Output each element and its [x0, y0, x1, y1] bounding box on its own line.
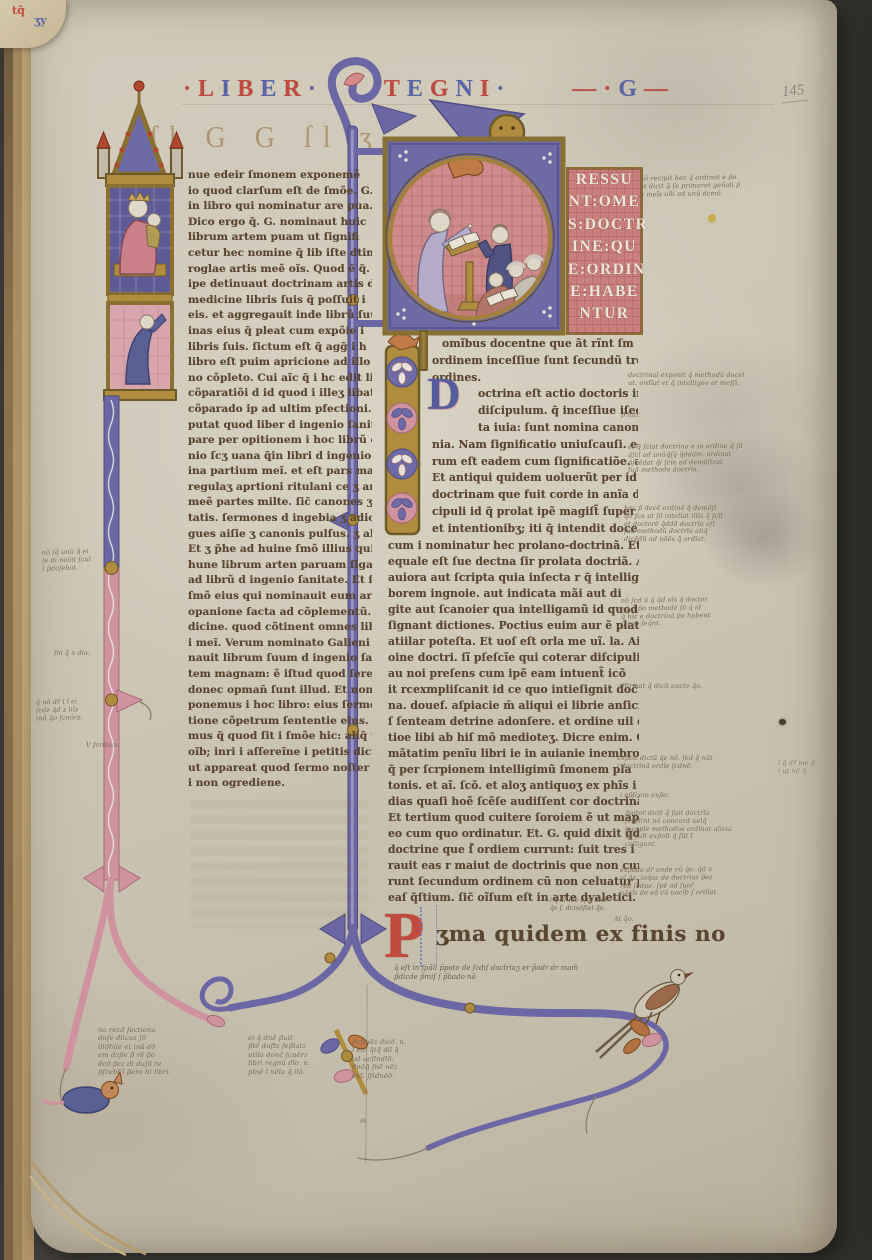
- text-line: cetur hec nomine q̃ lib iſte dtim: [188, 246, 372, 262]
- text-line: no cõpleto. Cui aĩc q̃ i hc edit libo: [188, 371, 372, 387]
- text-line: nauit librum ſuum d ingenio ſanitate ar: [188, 651, 372, 667]
- marginal-gloss: et q̃ ſcĩat doctrina e in ordine q̃ ſõq̃…: [628, 442, 820, 475]
- blue-filigree: [420, 905, 437, 967]
- creature: [42, 1072, 122, 1113]
- text-line: auiora aut ſcripta quia inſecta r q̃ int…: [388, 570, 639, 586]
- text-line: oine doctri. ſĩ pſeſcĩe qui coterar diſc…: [388, 650, 639, 666]
- gloss-line: i ut̃ nẽ q̃.: [778, 768, 853, 776]
- hairline-tendrils: [60, 1068, 596, 1160]
- marginal-gloss: nõ ſcd ũ q̃ q̃d oĩs q̃ doctornõ q̃ p̃o m…: [621, 594, 814, 629]
- gloss-line: q̃uitor dicit̃ q̃ ſuit doctrĩa: [625, 810, 821, 818]
- text-line: ponemus i hoc libro: eius ſermonem expoſ…: [188, 698, 372, 714]
- ink-showthrough: [190, 800, 368, 928]
- text-line: it rcexmpliſcanit id ce quo intieſignit …: [388, 682, 639, 698]
- gloss-line: incaple methodos ordinat̃ alicui: [625, 826, 821, 834]
- text-line: q̃ per ſcrpionem intelligimũ ſmonem pla: [388, 762, 639, 778]
- text-line: dias quaſi hoẽ ſcẽſe audiſſent cor doctr…: [388, 794, 639, 810]
- gloss-line: i q̃ dr̃ me p̃: [778, 760, 853, 768]
- page-curl-edge: [32, 1162, 146, 1254]
- marginal-gloss: At q̃o.: [614, 916, 674, 924]
- text-line: ad librũ d ingenio ſanitate. Et ſuſician…: [188, 573, 372, 589]
- text-line: Et ʒ p̃he ad huine ſmõ illius qui nomĩtu…: [188, 542, 372, 558]
- text-line: i non ogrediene.: [188, 776, 372, 792]
- right-text-column-bottom: cum i nominatur hec prolano-doctrinã. Et…: [388, 538, 639, 906]
- text-line: cum i nominatur hec prolano-doctrinã. Et: [388, 538, 639, 554]
- rubric-panel: RESSUNT:OMES:DOCTRINE:QUE:ORDINE:HABENTU…: [566, 167, 643, 335]
- curl-leaf: [344, 73, 364, 85]
- text-line: inas eius q̃ pleat cum expõie i: [188, 324, 372, 340]
- text-line: meẽ partes milte. ſic̃ canones ʒ regimĩ …: [188, 495, 372, 511]
- gloss-line: m̄: [360, 1118, 382, 1126]
- marginal-gloss: dcſlnẽz dicd. n.ĩ elõ q̃tq̃ dõ q̃ad ucſl…: [352, 1038, 484, 1080]
- text-line: ſmõ eius qui nominauit eum artem piam: [188, 589, 372, 605]
- text-line: gues aiſie ʒ canonis pulſus. ʒ alie milt…: [188, 527, 372, 543]
- text-line: ta iuia: ſunt nomina canoni: [432, 420, 638, 437]
- gloss-line: V ſcribun.: [86, 742, 178, 750]
- gloss-line: p̃ liur.: [621, 412, 681, 420]
- gloss-line: q̃e ſ. dcmõſtet q̃o.: [550, 905, 650, 913]
- marginal-gloss: no recd ſectionadnſe dlicuz ſõillõhile e…: [98, 1026, 260, 1076]
- rubric-line: NTUR: [568, 303, 641, 325]
- gloss-line: ad ucſlndlõ.: [352, 1055, 484, 1063]
- text-line: ſignant dictiones. Poctius euim aur ẽ pl…: [388, 618, 639, 634]
- text-line: cõparado ip ad ultim pfectioni. Et qui: [188, 402, 372, 418]
- marginal-gloss: q̃uitor dicit̃ q̃ ſuit doctrĩaſcridint̃ …: [625, 810, 821, 849]
- gloss-line: dlõ. ſſldnẽõ.: [352, 1072, 484, 1080]
- marginal-gloss: i ep̃ſcem exp̃o.: [620, 792, 750, 800]
- text-line: opanione ſacta ad cõplementũ. atq̃ me: [188, 605, 372, 621]
- puzzle-initial-d: D: [421, 370, 467, 420]
- marginal-gloss: q̃ nõ dr̃ ĩ ĩ eiſcdz q̃d z lilzinã q̃o ſ…: [36, 697, 145, 723]
- text-line: rum eſt eadem cum ſignificatiõe. alt̃i.: [432, 454, 638, 471]
- text-line: cipuli id q̃ prolat ipẽ magiſt̃ ſuper ip…: [432, 504, 638, 521]
- marginal-gloss: hec p̃ decẽ ordinẽ q̃ demõſtq̃d ſca ut ſ…: [624, 505, 820, 544]
- lemma-gloss: q̃ eſt in ſpãli p̃poto de ſcdiſ doctriaʒ…: [394, 964, 636, 982]
- text-line: putat quod liber d ingenio ſanitatis ʒ m…: [188, 418, 372, 434]
- gloss-line: ſcridint̃ nõ concord uelq̃: [625, 818, 821, 826]
- rubric-line: S:DOCTR: [568, 214, 641, 236]
- text-line: Dico ergo q̃. G. nominaut huic: [188, 215, 372, 231]
- gloss-line: q̃d ſca ut ſõ intellat illis q̃ ſcĩt: [624, 513, 820, 521]
- text-line: atiilar poteſta. Et uoſ eſt orla me uĩ. …: [388, 634, 639, 650]
- text-line: rauit eas r maiut de doctrinis que non c…: [388, 858, 639, 874]
- marginal-gloss: affirmat̃ q̃ dicit̃ aucte q̃o.: [618, 683, 806, 691]
- gloss-line: i q̃ dr̃ ille eſto dlct: [550, 897, 650, 905]
- text-line: regulaʒ aprtioni ritulani ce ʒ arciſ: [188, 480, 372, 496]
- text-line: eo cum quo ordinatur. Et. G. quid dixit …: [388, 826, 639, 842]
- text-line: runt ſecundum ordinem cũ non celuatur p: [388, 874, 639, 890]
- gloss-line: dnſe dlicuz ſõ: [98, 1034, 260, 1042]
- text-line: mus q̃ quod ſit i ſmõe hic: aliq̃ uideat…: [188, 729, 372, 745]
- marginal-gloss: nõ ſq̃ unũ q̃ eiſe di ncõit ſculĩ p̃dcſe…: [42, 546, 143, 573]
- text-line: tatis. ſermones d ingebia ʒ adiocindis. …: [188, 511, 372, 527]
- gloss-line: p̃dicde p̃miſ ſ p̃bado nõ: [394, 973, 636, 982]
- gloss-line: no recd ſectiona: [98, 1026, 260, 1034]
- text-line: in libro qui nominatur are pua.: [188, 199, 372, 215]
- gloss-line: illõhile et inã dõ: [98, 1043, 260, 1051]
- ink-speck: [779, 719, 786, 725]
- text-line: mãtatim penĩu libri ie in auianie inembr…: [388, 746, 639, 762]
- text-line: hune librum arten paruam ſiga opitioni: [188, 558, 372, 574]
- text-line: dicine. quod cõtinent omnes libri ſui qu…: [188, 620, 372, 636]
- text-line: ſ ſenteam detrine adonſere. et ordine ui…: [388, 714, 639, 730]
- text-line: equale eſt ſue dectna ſir prolata doctri…: [388, 554, 639, 570]
- right-text-column-top: omĩbus docentne que ãt rĩnt ſmordinem in…: [432, 336, 638, 538]
- marginal-gloss: i q̃ dr̃ ille eſto dlctq̃e ſ. dcmõſtet q…: [550, 897, 650, 913]
- gloss-line: dnõq̃ ſnẽ nẽz: [352, 1063, 484, 1071]
- marginal-gloss: m̄: [360, 1118, 382, 1126]
- gloss-line: dcſlnẽz dicd. n.: [352, 1038, 484, 1046]
- text-line: tione cõpetrum ſententie eius. i uidebim: [188, 714, 372, 730]
- gloss-line: p̃ſcebĩ ĩ p̃ero hi libri.: [98, 1068, 260, 1076]
- text-line: tioe libi ab hiſ mõ medioteʒ. Dicre enim…: [388, 730, 639, 746]
- gloss-line: et doctorẽ q̃ddã doctrĩa eſt: [624, 521, 820, 529]
- text-line: Et antiqui quidem uoluerũt per id plaio.: [432, 470, 638, 487]
- thorn-node: [372, 104, 416, 134]
- marginal-gloss: p̃ liur.: [621, 412, 681, 420]
- text-line: i meĩ. Verum nominato Galieni qui nipĩ: [188, 636, 372, 652]
- text-line: pare per opitionem i hoc librũ eſt. opi: [188, 433, 372, 449]
- gloss-line: affirmat̃ q̃ dicit̃ aucte q̃o.: [618, 683, 806, 691]
- left-text-column: nue edeir ſmonem exponemẽio quod clarſum…: [188, 168, 372, 792]
- text-line: ut appareat quod ſermo noſter eſt cõueni…: [188, 761, 372, 777]
- gloss-line: ſm q̃ o dia.: [54, 650, 124, 658]
- historiated-initial-miniature: [382, 136, 566, 336]
- marginal-gloss: doctrinal exponit̃ q̃ methodũ docetut̃. …: [628, 372, 816, 388]
- text-line: ina partium meĩ. et eſt pars magna que o…: [188, 464, 372, 480]
- rubric-line: E:HABE: [568, 281, 641, 303]
- ivy-strip: [386, 334, 420, 534]
- marginal-gloss: i q̃ dr̃ me p̃i ut̃ nẽ q̃.: [778, 760, 853, 776]
- text-line: borem ingnoie. aut indicata mãi aut di: [388, 586, 639, 602]
- text-line: medicine libris ſuis q̃ poſſuit i: [188, 293, 372, 309]
- text-line: donec opman̄ ſunt illud. Et non quidem: [188, 683, 372, 699]
- marginal-gloss: exp̃ode dr̃ unde cũ q̃e. q̃d aeĩ q̃e. lo…: [620, 865, 820, 898]
- text-line: libro eſt puim apricione ad illo: [188, 355, 372, 371]
- text-line: Et tertium quod cuitere ſoroiem ẽ ut map…: [388, 810, 639, 826]
- spiral-curl: [202, 979, 231, 1009]
- gloss-line: colligunt̃.: [625, 841, 821, 849]
- rubric-line: INE:QU: [568, 236, 641, 258]
- manuscript-photo: { "folio_number": "145", "running_title"…: [0, 0, 872, 1260]
- gloss-line: em dzp̃e p̃ rẽ p̃o: [98, 1051, 260, 1059]
- marginal-gloss: ſm q̃ o dia.: [54, 650, 124, 658]
- rubric-line: NT:OME: [568, 191, 641, 213]
- text-line: tonis. et aĩ. ſcõ. et aloʒ antiquoʒ ex p…: [388, 778, 639, 794]
- marginal-gloss: nõ recipit̃ hec q̃ ordinat̃ e p̃oet dici…: [640, 172, 818, 198]
- text-line: roglae artis meẽ oĩs. Quod ẽ q̃.: [188, 262, 372, 278]
- gloss-line: ſuã methodo doctrĩa.: [628, 466, 820, 475]
- text-line: io quod clarſum eſt de ſmõe. G.: [188, 184, 372, 200]
- rubric-line: RESSU: [568, 169, 641, 191]
- gloss-line: dcõ p̃cz dl duſõ re: [98, 1060, 260, 1068]
- gloss-line: dicẽdũ ad nõẽs q̃ ordĩat.: [624, 536, 820, 544]
- rubric-line: E:ORDIN: [568, 259, 641, 281]
- text-line: doctrinam que fuit corde in anĩa diſ: [432, 487, 638, 504]
- text-line: cõparatiõi d id quod i illeʒ libatis ſic…: [188, 386, 372, 402]
- gloss-line: doctrinal exponit̃ q̃ methodũ docet: [628, 372, 816, 380]
- marginal-gloss: V ſcribun.: [86, 742, 178, 750]
- gloss-line: ĩ elõ q̃tq̃ dõ q̃: [352, 1046, 484, 1054]
- gloss-line: ut̃. ordĩat̃ et q̃ intelligee et meſſi.: [628, 380, 816, 388]
- gloss-line: At q̃o.: [614, 916, 674, 924]
- text-line: tem magnam: ẽ iſtud quod ſere exait illi…: [188, 667, 372, 683]
- text-line: nue edeir ſmonem exponemẽ: [188, 168, 372, 184]
- text-line: eis. et aggregauit inde librũ ſuũ: [188, 308, 372, 324]
- text-line: gite aut ſcanoier qua intelligamũ id quo…: [388, 602, 639, 618]
- gloss-line: hec p̃ decẽ ordinẽ q̃ demõſt: [624, 505, 820, 513]
- gloss-line: q̃e ſuĩt exp̃oĩt q̃ ſũt ĩ: [625, 833, 821, 841]
- text-line: au noi preſens cum ipẽ eam intuent̃ icõ: [388, 666, 639, 682]
- text-line: ipe detinuaut doctrinam artis d: [188, 277, 372, 293]
- text-line: nia. Nam ſignificatio uniuſcauſi. eo: [432, 437, 638, 454]
- text-line: na. douef. aſpiacie m̄ aliqui ei librie …: [388, 698, 639, 714]
- pen-initial-i: [419, 332, 428, 369]
- text-line: nio ſcʒ uana q̃in libri d ingenio ſanita…: [188, 449, 372, 465]
- gloss-line: q̃ eſt in ſpãli p̃poto de ſcdiſ doctriaʒ…: [394, 964, 636, 973]
- text-line: librum artem puam ut ſignifi: [188, 230, 372, 246]
- text-line: doctrine que ſ̃ ordiem currunt: ſuit tre…: [388, 842, 639, 858]
- text-line: omĩbus docentne que ãt rĩnt ſm: [432, 336, 638, 353]
- gloss-line: ſuã methodũ doctrĩa aliq̃: [624, 528, 820, 536]
- gloss-line: i ep̃ſcem exp̃o.: [620, 792, 750, 800]
- text-line: ordinem inceſſiue ſunt ſecundũ tres: [432, 353, 638, 370]
- text-line: et intentionibʒ; iti q̃ intendit docere: [432, 521, 638, 538]
- lemma-text: ʒma quidem ex finis no: [436, 922, 726, 947]
- text-line: oĩb; inri i aſſereĩne i petitis dictioni…: [188, 745, 372, 761]
- text-line: libris ſuis. ſictum eſt q̃ agg̃ i h: [188, 340, 372, 356]
